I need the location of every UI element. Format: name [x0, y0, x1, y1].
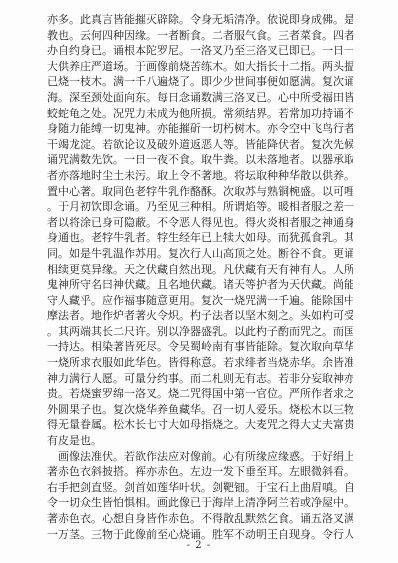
text-line: 身随力能缚一切鬼神。亦能摧斫一切朽树木。亦令空中飞鸟行者前堕坠。况 [47, 121, 353, 137]
page-number: - 2 - [0, 540, 398, 551]
text-line: 办自约身已。诵根本陀罗尼。一洛叉乃至三洛叉已即已。一日一夜水不饮。广 [47, 43, 353, 59]
text-line: 。于月初饮即念诵。乃至见三种相。所谓焰等。暖相者服之差一切病。得烟 [47, 199, 353, 215]
text-line: 大供养庄严道场。于画像前烧苦练木。如大指长十二指。两头揾著苏蜜。诵咒 [47, 59, 353, 75]
text-line: 有皮是也。 [47, 433, 353, 449]
text-line: 一烧所求衣服如此华色。皆得称意。若求绯者当烧赤华。余皆准此。精 [47, 355, 353, 371]
text-line: 守人藏乎。应作福事随意更用。复次一烧咒满一千遍。能除国中大疫疾。护 [47, 293, 353, 309]
text-line: 右手把剑直竖。剑首如莲华叶状。剑靶钿。于宝石上曲眉嗔。自身赤黄色怒 [47, 480, 353, 496]
text-line: 鬼神所守名曰神伏藏。且名地伏藏。诸天等护者为天伏藏。尚能得见。况 [47, 277, 353, 293]
text-line: 亦多。此真言皆能摧灭辟除。令身无垢清净。依说即身成佛。是深秘之中极密 [47, 12, 353, 28]
text-line: 外圆果子也。复次烧华养鱼藏华。召一切人爱乐。烧松木以三物点烧。万 [47, 402, 353, 418]
text-line: 令一切众生皆怕惧相。画此像已于海岸上清净阿兰若或净屋中。行者清净 [47, 495, 353, 511]
text-line: 已烧一枝木。满一千八遍烧了。即少少世间事便如愿满。复次诵数满已。入 [47, 74, 353, 90]
text-line: 著赤色衣。心想自身皆作赤色。不得散乱默然乞食。诵五洛叉满已。五寸刊 [47, 511, 353, 527]
text-line: 贵。若烧蜜罗绵一洛叉。烧二咒得国中第一官位。严所作者求之必遂。当 [47, 386, 353, 402]
text-line: 一持达。相染著皆死尽。令吴蜀岭南有事皆能除。复次取向草华和苏蜜。 [47, 339, 353, 355]
text-line: 。其两端其长二尺许。别以净器盛乳。以此杓子酌而咒之。而国疫疗。每 [47, 324, 353, 340]
text-line: 教也。云何四种因缘。一者断食。二者服气食。三者菜食。四者节食。随力所 [47, 28, 353, 44]
document-page: 亦多。此真言皆能摧灭辟除。令身无垢清净。依说即身成佛。是深秘之中极密教也。云何四… [0, 0, 398, 563]
text-line: 干竭龙淀。若欲论议及破外道返恶人等。皆能降伏者。复次先候月欲食时 [47, 137, 353, 153]
text-line: 海。深至颈处面向东。每日念诵数满三洛叉已。心中所受福田皆满愿。入无 [47, 90, 353, 106]
text-line: 神力满行人愿。可量分约事。而二札则无有志。若非分妄取神亦慢人。转 [47, 371, 353, 387]
text-line: 摩法者。地作炉者著火令炽。杓子法者以坚木刻之。头如杓可受鸡子黄许 [47, 308, 353, 324]
sutra-text-block: 亦多。此真言皆能摧灭辟除。令身无垢清净。依说即身成佛。是深秘之中极密教也。云何四… [47, 12, 353, 542]
text-line: 置中心著。取同色老牸牛乳作酪酥。次取苏与熟铜椀盛。以可哩罗木作搅 [47, 184, 353, 200]
text-line: 蛟蛇龟之处。况咒力未成为他所损。常须结界。若常加功持诵不动根本真言 [47, 106, 353, 122]
text-line: 同。如是牛乳温作苏用。复次行人山高顶之处。断谷不食。更诵一洛叉。 [47, 246, 353, 262]
text-line: 著赤色衣斜披搭。裈亦赤色。左边一发下垂至耳。左眼微斜看。左手把罥索 [47, 464, 353, 480]
text-line: 相续更莫异缘。天之伏藏自然出现。凡伏藏有天有神有人。人所埋藏名人 [47, 262, 353, 278]
text-line: 身通也。老牸牛乳者。牸生经年已上犊大如母。而犹孤食乳。其犊毛色与 [47, 230, 353, 246]
text-line: 得无量眷属。松木长七寸大如母指烧之。大麦咒之得大丈夫富贵。其大麦 [47, 417, 353, 433]
text-line: 者以将涂已身可隐蔽。不令恶人得见也。得火炎相者服之神通身能飞行。得 [47, 215, 353, 231]
text-line: 者亦落地时尘土未污。取上令不著地。将坛取种种华散以供养。取大段乳 [47, 168, 353, 184]
text-line: 诵咒满数先饮。一日一夜不食。取牛粪。以未落地者。以器承取莫令至地 [47, 152, 353, 168]
text-line: 画像法准伏。若欲作法应对像前。心有所缘应缘惑。于好绢上画不动明王 [47, 449, 353, 465]
